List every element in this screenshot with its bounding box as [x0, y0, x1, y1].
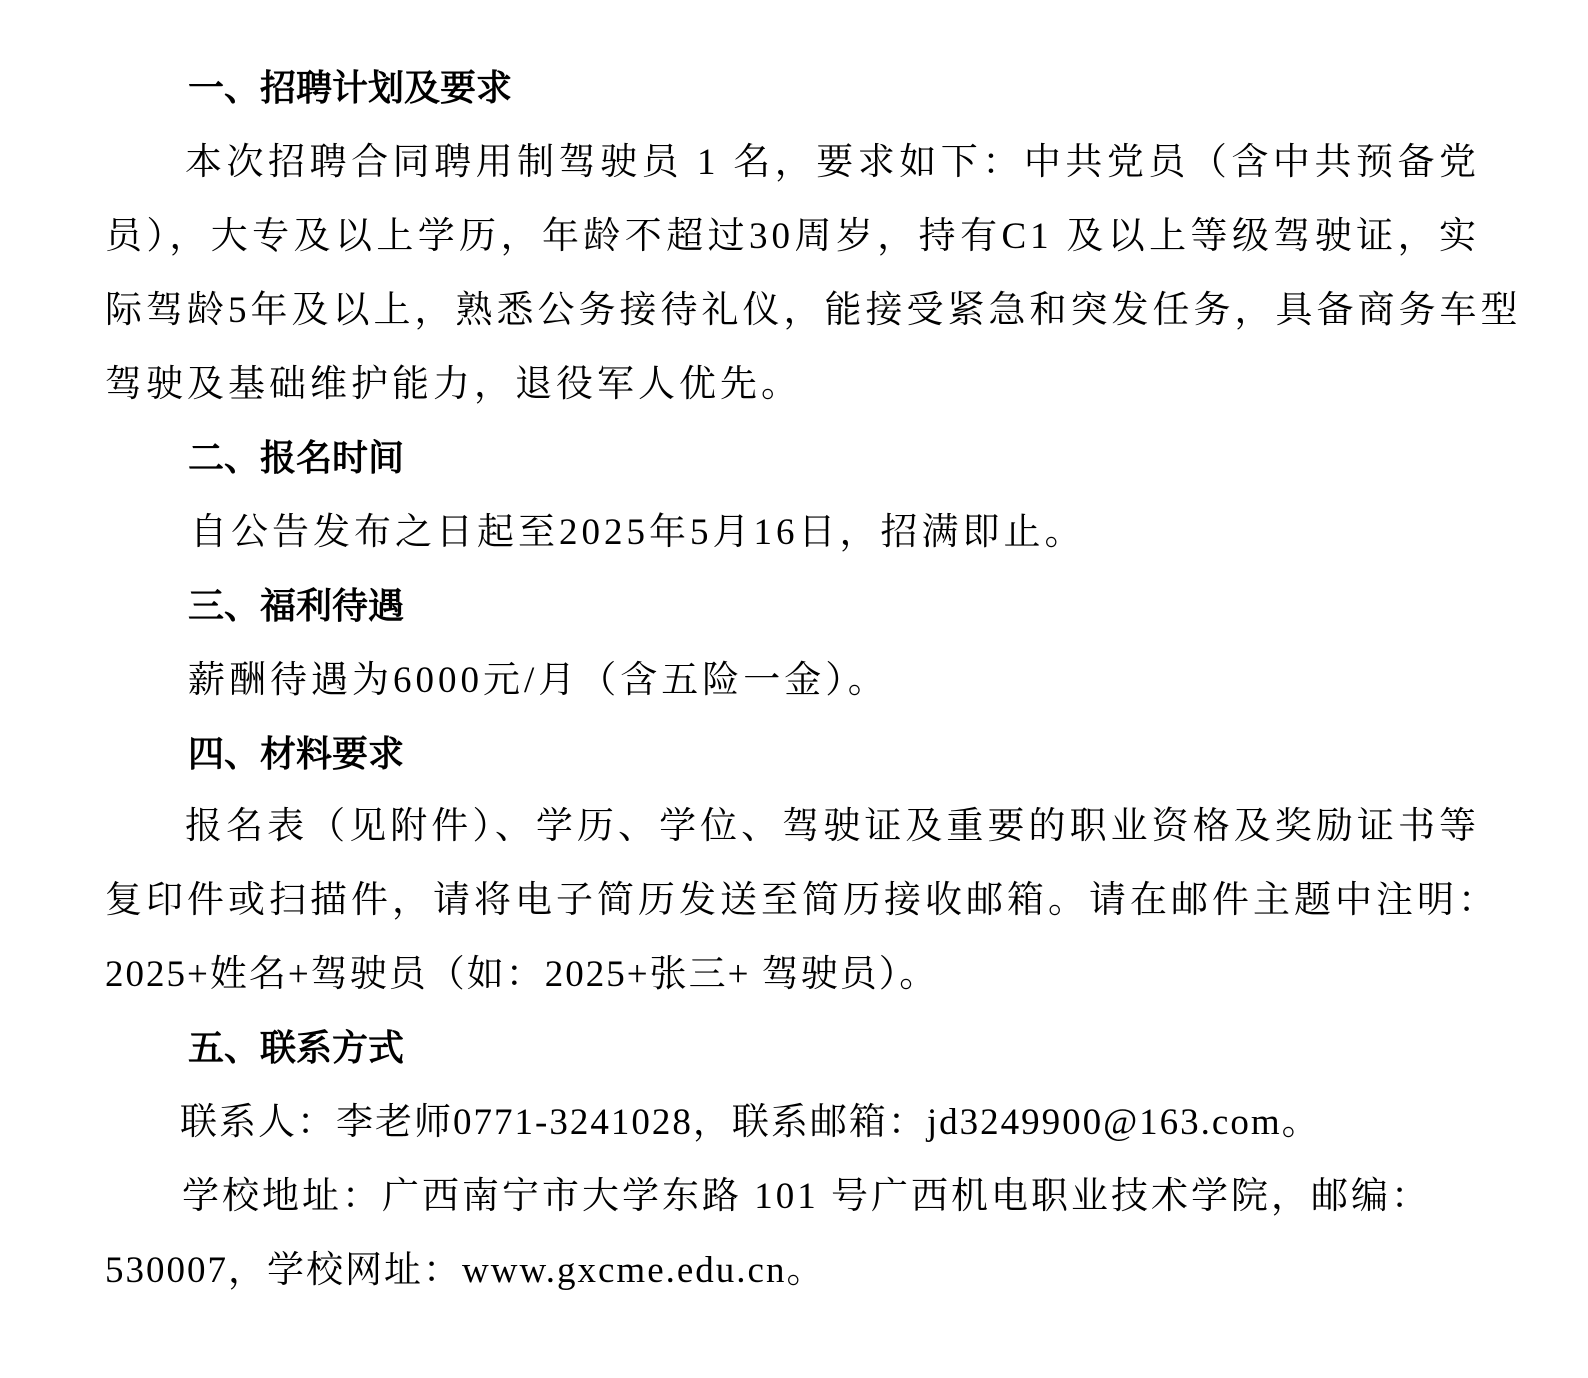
section-heading-registration-time: 二、报名时间 — [188, 434, 404, 484]
section-heading-materials: 四、材料要求 — [188, 730, 404, 780]
paragraph-line: 自公告发布之日起至2025年5月16日，招满即止。 — [190, 508, 1086, 558]
contact-line: 联系人：李老师0771-3241028，联系邮箱：jd3249900@163.c… — [180, 1098, 1321, 1148]
paragraph-line: 报名表（见附件）、学历、学位、驾驶证及重要的职业资格及奖励证书等 — [105, 802, 1480, 852]
paragraph-line: 驾驶及基础维护能力，退役军人优先。 — [105, 360, 802, 410]
website-line: 530007，学校网址：www.gxcme.edu.cn。 — [105, 1246, 825, 1296]
paragraph-line: 薪酬待遇为6000元/月（含五险一金）。 — [188, 656, 889, 706]
section-heading-contact: 五、联系方式 — [188, 1024, 404, 1074]
address-line: 学校地址：广西南宁市大学东路 101 号广西机电职业技术学院，邮编： — [182, 1172, 1431, 1222]
section-heading-recruitment-plan: 一、招聘计划及要求 — [188, 64, 512, 114]
paragraph-line: 本次招聘合同聘用制驾驶员 1 名，要求如下：中共党员（含中共预备党 — [105, 138, 1480, 188]
section-heading-benefits: 三、福利待遇 — [188, 582, 404, 632]
paragraph-line: 复印件或扫描件，请将电子简历发送至简历接收邮箱。请在邮件主题中注明： — [105, 876, 1480, 926]
paragraph-line: 际驾龄5年及以上，熟悉公务接待礼仪，能接受紧急和突发任务，具备商务车型 — [105, 286, 1480, 336]
paragraph-line: 员），大专及以上学历，年龄不超过30周岁，持有C1 及以上等级驾驶证，实 — [105, 212, 1480, 262]
paragraph-line: 2025+姓名+驾驶员（如：2025+张三+ 驾驶员）。 — [105, 950, 938, 1000]
